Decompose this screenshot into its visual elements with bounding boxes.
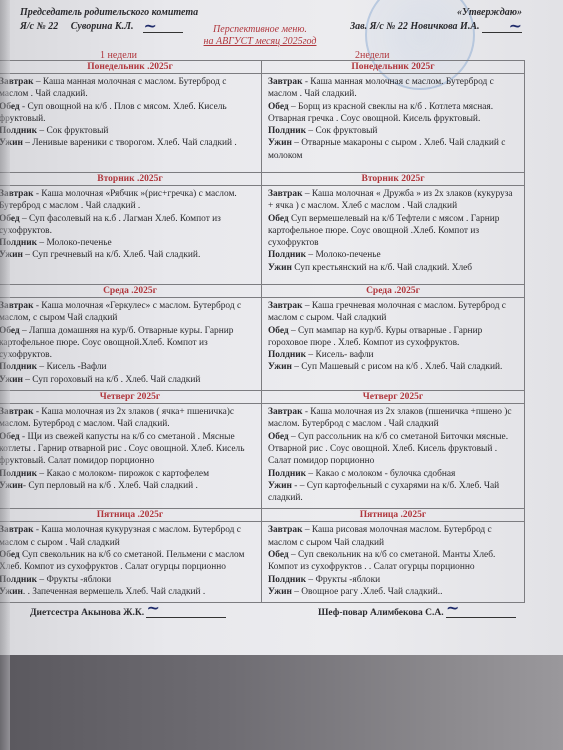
- meal-description: – Каша молочная « Дружба » из 2х злаков …: [268, 189, 513, 211]
- day-cell-left: Пятница .2025гЗавтрак - Каша молочная ку…: [0, 509, 262, 603]
- meal-entry: Завтрак – Каша манная молочная с маслом.…: [0, 76, 257, 101]
- meal-description: - Суп овощной на к/б . Плов с мясом. Хле…: [0, 102, 227, 124]
- meal-name: Обед: [268, 326, 289, 336]
- meal-description: – Сок фруктовый: [37, 126, 108, 136]
- day-heading: Понедельник 2025г: [262, 61, 524, 74]
- signature-chef: ~: [446, 598, 516, 618]
- meal-entry: Полдник – Кисель -Вафли: [0, 361, 257, 373]
- meal-description: - – Суп картофельный с сухарями на к/б. …: [268, 481, 499, 503]
- menu-row: Вторник .2025гЗавтрак - Каша молочная «Р…: [0, 173, 525, 285]
- meal-entry: Ужин- Суп перловый на к/б . Хлеб. Чай сл…: [0, 480, 257, 492]
- meal-description: - Каша молочная «Геркулес» с маслом. Бут…: [0, 301, 241, 323]
- meal-name: Полдник: [268, 575, 306, 585]
- meal-description: – Молоко-печенье: [37, 238, 112, 248]
- day-cell-right: Вторник 2025гЗавтрак – Каша молочная « Д…: [262, 173, 525, 285]
- day-heading: Четверг 2025г: [0, 391, 261, 404]
- footer-chef: Шеф-повар Алимбекова С.А. ~: [318, 598, 516, 618]
- day-meals: Завтрак – Каша манная молочная с маслом.…: [0, 74, 261, 154]
- meal-entry: Ужин – Ленивые вареники с творогом. Хлеб…: [0, 137, 257, 149]
- meal-name: Ужин: [268, 138, 292, 148]
- signature-head: ~: [482, 19, 522, 33]
- meal-description: . . Запеченная вермешель Хлеб. Чай сладк…: [23, 587, 205, 597]
- meal-entry: Обед - Щи из свежей капусты на к/б со см…: [0, 431, 257, 468]
- meal-entry: Полдник – Фрукты -яблоки: [0, 574, 257, 586]
- meal-entry: Завтрак - Каша молочная из 2х злаков (пш…: [268, 406, 520, 431]
- meal-name: Полдник: [268, 350, 306, 360]
- day-meals: Завтрак – Каша молочная « Дружба » из 2х…: [262, 186, 524, 278]
- meal-entry: Обед – Суп фасолевый на к.б . Лагман Хле…: [0, 213, 257, 238]
- day-heading: Среда .2025г: [262, 285, 524, 298]
- meal-entry: Завтрак - Каша молочная «Геркулес» с мас…: [0, 300, 257, 325]
- day-cell-left: Вторник .2025гЗавтрак - Каша молочная «Р…: [0, 173, 262, 285]
- title-line2: на АВГУСТ месяц 2025год: [170, 36, 350, 48]
- meal-name: Обед: [268, 102, 289, 112]
- day-heading: Пятница .2025г: [0, 509, 261, 522]
- meal-entry: Завтрак - Каша молочная кукурузная с мас…: [0, 524, 257, 549]
- day-heading: Вторник 2025г: [262, 173, 524, 186]
- approval-header: «Утверждаю» Зав. Я/с № 22 Новичкова И.А.…: [332, 6, 522, 33]
- meal-description: Суп вермешелевый на к/б Тефтели с мясом …: [268, 214, 499, 249]
- meal-description: – Овощное рагу .Хлеб. Чай сладкий..: [292, 587, 443, 597]
- committee-title: Председатель родительского комитета: [20, 6, 198, 19]
- meal-description: – Каша манная молочная с маслом. Бутербр…: [0, 77, 226, 99]
- approval-label: «Утверждаю»: [332, 6, 522, 19]
- meal-description: - Суп перловый на к/б . Хлеб. Чай сладки…: [23, 481, 198, 491]
- meal-description: – Кисель -Вафли: [37, 362, 106, 372]
- meal-description: – Суп свекольник на к/б со сметаной. Ман…: [268, 550, 495, 572]
- committee-org: Я/с № 22: [20, 21, 58, 32]
- meal-entry: Обед Суп вермешелевый на к/б Тефтели с м…: [268, 213, 520, 250]
- meal-name: Обед: [268, 550, 289, 560]
- meal-name: Завтрак: [268, 407, 303, 417]
- meal-description: - Щи из свежей капусты на к/б со сметано…: [0, 432, 245, 467]
- meal-description: – Отварные макароны с сыром . Хлеб. Чай …: [268, 138, 505, 160]
- meal-name: Ужин: [268, 263, 292, 273]
- day-heading: Вторник .2025г: [0, 173, 261, 186]
- meal-description: – Фрукты -яблоки: [306, 575, 380, 585]
- meal-description: – Молоко-печенье: [306, 250, 381, 260]
- meal-description: - Каша молочная «Рябчик »(рис+гречка) с …: [0, 189, 237, 211]
- meal-entry: Ужин – Отварные макароны с сыром . Хлеб.…: [268, 137, 520, 162]
- meal-name: Завтрак: [268, 189, 303, 199]
- day-cell-right: Четверг 2025гЗавтрак - Каша молочная из …: [262, 391, 525, 509]
- meal-description: – Суп рассольник на к/б со сметаной Бито…: [268, 432, 508, 467]
- meal-description: – Суп Машевый с рисом на к/б . Хлеб. Чай…: [292, 362, 502, 372]
- meal-description: - Каша молочная из 2х злаков (пшеничка +…: [268, 407, 512, 429]
- meal-entry: Обед – Суп мампар на кур/б. Куры отварны…: [268, 325, 520, 350]
- meal-name: Ужин: [268, 587, 292, 597]
- day-heading: Среда .2025г: [0, 285, 261, 298]
- meal-entry: Обед – Лапша домашняя на кур/б. Отварные…: [0, 325, 257, 362]
- meal-name: Обед: [268, 214, 289, 224]
- meal-description: – Ленивые вареники с творогом. Хлеб. Чай…: [23, 138, 237, 148]
- meal-entry: Полдник – Молоко-печенье: [268, 249, 520, 261]
- signature-dietitian: ~: [146, 598, 226, 618]
- menu-row: Понедельник .2025гЗавтрак – Каша манная …: [0, 61, 525, 173]
- footer-dietitian: Диетсестра Акынова Ж.К. ~: [30, 598, 226, 618]
- day-heading: Понедельник .2025г: [0, 61, 261, 74]
- day-meals: Завтрак - Каша молочная «Рябчик »(рис+гр…: [0, 186, 261, 266]
- meal-description: – Каша гречневая молочная с маслом. Буте…: [268, 301, 506, 323]
- meal-entry: Завтрак – Каша гречневая молочная с масл…: [268, 300, 520, 325]
- meal-entry: Обед – Борщ из красной свеклы на к/б . К…: [268, 101, 520, 126]
- meal-entry: Полдник – Какао с молоком- пирожок с кар…: [0, 468, 257, 480]
- meal-entry: Завтрак - Каша молочная «Рябчик »(рис+гр…: [0, 188, 257, 213]
- meal-description: – Борщ из красной свеклы на к/б . Котлет…: [268, 102, 493, 124]
- meal-entry: Ужин. . Запеченная вермешель Хлеб. Чай с…: [0, 586, 257, 598]
- approval-line: Зав. Я/с № 22 Новичкова И.А.: [350, 21, 479, 32]
- menu-row: Среда .2025гЗавтрак - Каша молочная «Гер…: [0, 285, 525, 391]
- menu-table: Понедельник .2025гЗавтрак – Каша манная …: [0, 60, 525, 603]
- meal-description: - Каша молочная из 2х злаков ( ячка+ пше…: [0, 407, 234, 429]
- meal-name: Полдник: [268, 250, 306, 260]
- day-cell-left: Понедельник .2025гЗавтрак – Каша манная …: [0, 61, 262, 173]
- day-cell-right: Пятница .2025гЗавтрак – Каша рисовая мол…: [262, 509, 525, 603]
- day-meals: Завтрак - Каша молочная из 2х злаков (пш…: [262, 404, 524, 508]
- meal-entry: Полдник – Кисель- вафли: [268, 349, 520, 361]
- meal-description: – Фрукты -яблоки: [37, 575, 111, 585]
- meal-entry: Полдник – Молоко-печенье: [0, 237, 257, 249]
- day-heading: Четверг 2025г: [262, 391, 524, 404]
- meal-entry: Полдник – Сок фруктовый: [0, 125, 257, 137]
- meal-description: Суп свекольник на к/б со сметаной. Пельм…: [0, 550, 244, 572]
- day-meals: Завтрак - Каша манная молочная с маслом.…: [262, 74, 524, 166]
- meal-description: – Суп мампар на кур/б. Куры отварные . Г…: [268, 326, 482, 348]
- meal-description: – Суп гороховый на к/б . Хлеб. Чай сладк…: [23, 375, 201, 385]
- day-cell-right: Среда .2025гЗавтрак – Каша гречневая мол…: [262, 285, 525, 391]
- meal-entry: Ужин – Овощное рагу .Хлеб. Чай сладкий..: [268, 586, 520, 598]
- day-meals: Завтрак – Каша рисовая молочная маслом. …: [262, 522, 524, 602]
- menu-row: Пятница .2025гЗавтрак - Каша молочная ку…: [0, 509, 525, 603]
- day-cell-right: Понедельник 2025гЗавтрак - Каша манная м…: [262, 61, 525, 173]
- day-meals: Завтрак - Каша молочная «Геркулес» с мас…: [0, 298, 261, 390]
- menu-row: Четверг 2025гЗавтрак - Каша молочная из …: [0, 391, 525, 509]
- meal-entry: Завтрак - Каша манная молочная с маслом.…: [268, 76, 520, 101]
- day-meals: Завтрак - Каша молочная кукурузная с мас…: [0, 522, 261, 602]
- meal-name: Полдник: [268, 469, 306, 479]
- meal-entry: Ужин – Суп гречневый на к/б. Хлеб. Чай с…: [0, 249, 257, 261]
- meal-description: – Суп гречневый на к/б. Хлеб. Чай сладки…: [23, 250, 200, 260]
- meal-entry: Полдник – Фрукты -яблоки: [268, 574, 520, 586]
- meal-entry: Обед – Суп свекольник на к/б со сметаной…: [268, 549, 520, 574]
- meal-name: Ужин: [268, 362, 292, 372]
- meal-name: Обед: [268, 432, 289, 442]
- meal-entry: Ужин Суп крестьянский на к/б. Чай сладки…: [268, 262, 520, 274]
- meal-name: Ужин: [268, 481, 292, 491]
- meal-entry: Завтрак - Каша молочная из 2х злаков ( я…: [0, 406, 257, 431]
- meal-name: Завтрак: [268, 301, 303, 311]
- meal-description: – Лапша домашняя на кур/б. Отварные куры…: [0, 326, 233, 361]
- meal-entry: Обед – Суп рассольник на к/б со сметаной…: [268, 431, 520, 468]
- meal-entry: Ужин - – Суп картофельный с сухарями на …: [268, 480, 520, 505]
- day-meals: Завтрак - Каша молочная из 2х злаков ( я…: [0, 404, 261, 496]
- meal-entry: Обед - Суп овощной на к/б . Плов с мясом…: [0, 101, 257, 126]
- meal-description: – Кисель- вафли: [306, 350, 374, 360]
- chef-label: Шеф-повар Алимбекова С.А.: [318, 608, 444, 618]
- photo-edge: [0, 0, 10, 750]
- meal-entry: Полдник – Сок фруктовый: [268, 125, 520, 137]
- meal-description: – Какао с молоком - булочка сдобная: [306, 469, 455, 479]
- meal-description: – Какао с молоком- пирожок с картофелем: [37, 469, 209, 479]
- meal-description: – Суп фасолевый на к.б . Лагман Хлеб. Ко…: [0, 214, 221, 236]
- meal-name: Полдник: [268, 126, 306, 136]
- meal-description: - Каша молочная кукурузная с маслом. Бут…: [0, 525, 241, 547]
- meal-name: Завтрак: [268, 77, 303, 87]
- committee-name: Суворина К.Л.: [71, 21, 134, 32]
- meal-description: Суп крестьянский на к/б. Чай сладкий. Хл…: [292, 263, 472, 273]
- meal-description: – Сок фруктовый: [306, 126, 377, 136]
- day-meals: Завтрак – Каша гречневая молочная с масл…: [262, 298, 524, 378]
- day-cell-left: Среда .2025гЗавтрак - Каша молочная «Гер…: [0, 285, 262, 391]
- meal-description: - Каша манная молочная с маслом. Бутербр…: [268, 77, 494, 99]
- photo-background: [0, 655, 563, 750]
- meal-description: – Каша рисовая молочная маслом. Бутербро…: [268, 525, 492, 547]
- document-page: Председатель родительского комитета Я/с …: [0, 0, 563, 655]
- day-cell-left: Четверг 2025гЗавтрак - Каша молочная из …: [0, 391, 262, 509]
- page-title: Перспективное меню. на АВГУСТ месяц 2025…: [170, 24, 350, 48]
- meal-entry: Ужин – Суп гороховый на к/б . Хлеб. Чай …: [0, 374, 257, 386]
- meal-entry: Обед Суп свекольник на к/б со сметаной. …: [0, 549, 257, 574]
- dietitian-label: Диетсестра Акынова Ж.К.: [30, 608, 144, 618]
- title-line1: Перспективное меню.: [170, 24, 350, 36]
- meal-name: Завтрак: [268, 525, 303, 535]
- day-heading: Пятница .2025г: [262, 509, 524, 522]
- meal-entry: Полдник – Какао с молоком - булочка сдоб…: [268, 468, 520, 480]
- meal-entry: Завтрак – Каша молочная « Дружба » из 2х…: [268, 188, 520, 213]
- meal-entry: Завтрак – Каша рисовая молочная маслом. …: [268, 524, 520, 549]
- meal-entry: Ужин – Суп Машевый с рисом на к/б . Хлеб…: [268, 361, 520, 373]
